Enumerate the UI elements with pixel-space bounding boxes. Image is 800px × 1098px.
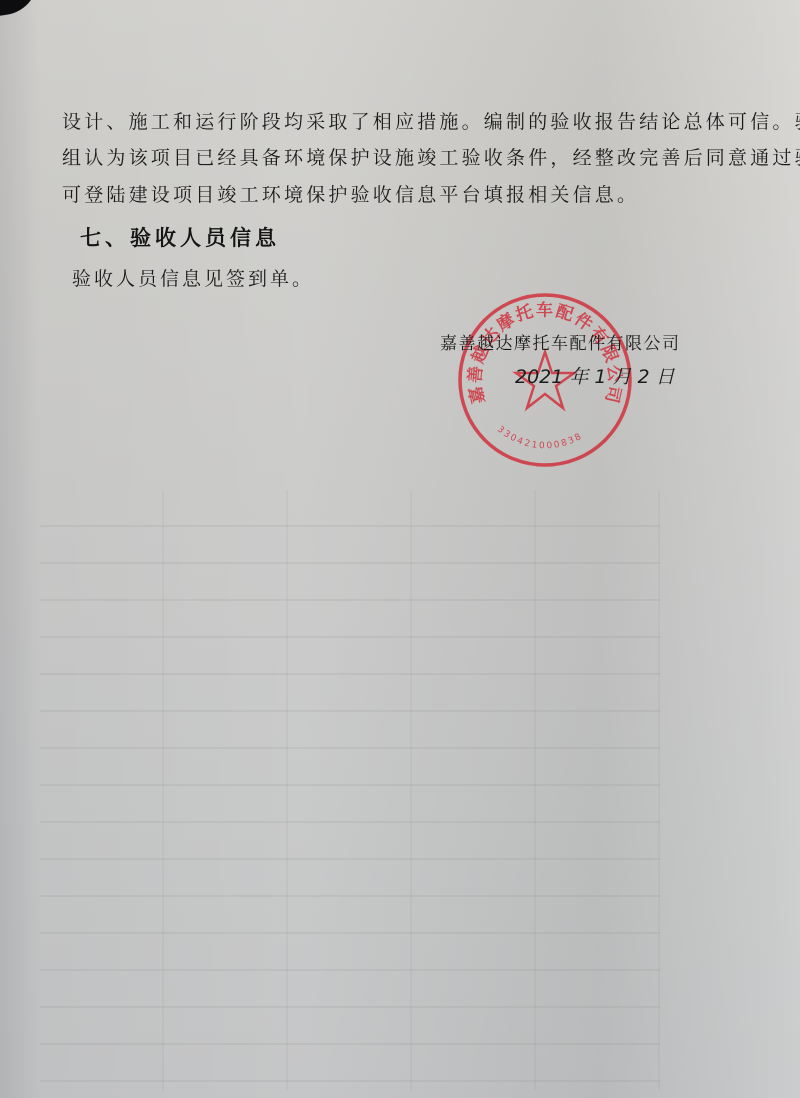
- signature-date: 2021年1月2日: [515, 362, 681, 389]
- date-year: 2021: [515, 366, 563, 388]
- body-line-1: 设计、施工和运行阶段均采取了相应措施。编制的验收报告结论总体可信。验收: [62, 107, 800, 134]
- section-heading: 七、验收人员信息: [80, 222, 280, 252]
- signature-company: 嘉善越达摩托车配件有限公司: [440, 329, 681, 354]
- body-line-3: 可登陆建设项目竣工环境保护验收信息平台填报相关信息。: [62, 180, 639, 207]
- date-day-unit: 日: [656, 366, 675, 388]
- seal-registration-number: 330421000838: [495, 425, 585, 452]
- date-month: 1: [594, 366, 606, 388]
- page-edge-shadow: [0, 0, 40, 1098]
- date-month-unit: 月: [612, 366, 631, 388]
- svg-text:330421000838: 330421000838: [495, 425, 585, 452]
- date-day: 2: [637, 366, 649, 388]
- body-line-2: 组认为该项目已经具备环境保护设施竣工验收条件，经整改完善后同意通过验收，: [62, 143, 800, 170]
- section-paragraph: 验收人员信息见签到单。: [72, 264, 314, 291]
- date-year-unit: 年: [569, 366, 588, 388]
